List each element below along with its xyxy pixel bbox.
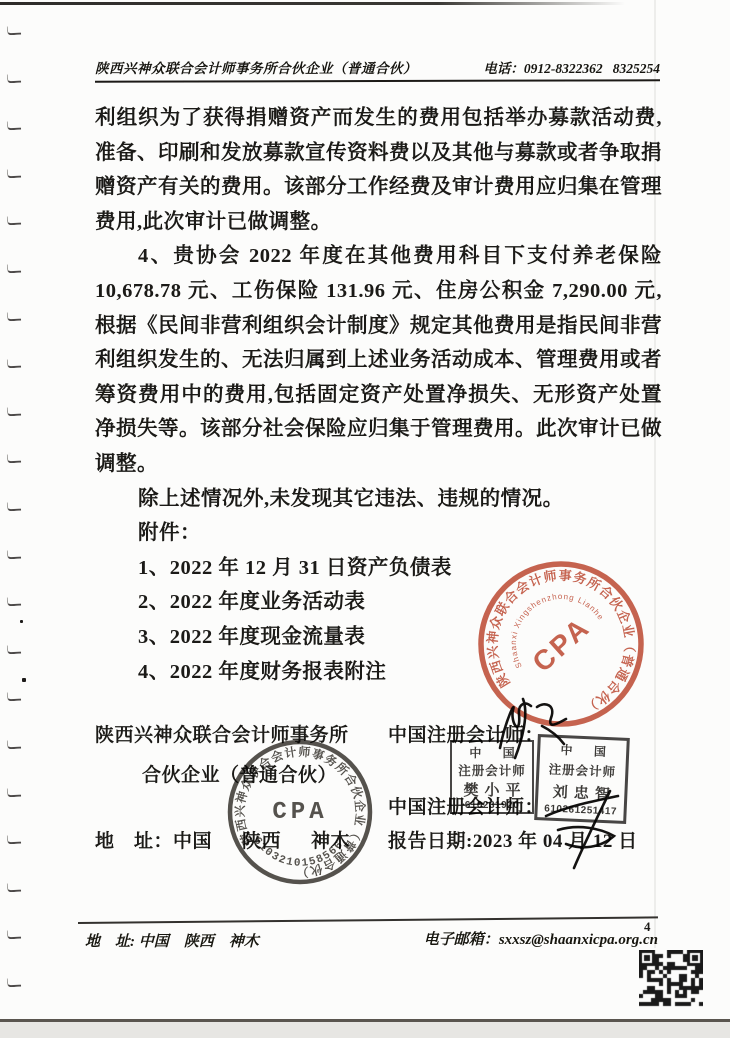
binding-hole-mark xyxy=(7,930,21,940)
binding-hole-mark xyxy=(7,502,21,512)
stamp1-name: 樊小平 xyxy=(453,779,531,800)
phone-number-1: 0912-8322362 xyxy=(524,61,603,76)
header-phone: 电话：0912-8322362 8325254 xyxy=(483,57,660,77)
phone-label: 电话： xyxy=(483,61,524,76)
binding-hole-mark xyxy=(7,264,21,274)
header-firm-name: 陕西兴神众联合会计师事务所合伙企业（普通合伙） xyxy=(95,57,417,77)
scanner-background xyxy=(0,1022,730,1038)
document-page: 陕西兴神众联合会计师事务所合伙企业（普通合伙） 电话：0912-8322362 … xyxy=(0,0,730,1021)
page-number: 4 xyxy=(644,919,651,935)
binding-hole-mark xyxy=(7,121,21,131)
binding-hole-mark xyxy=(7,549,21,559)
binding-hole-mark xyxy=(7,644,21,654)
ink-dot xyxy=(22,678,26,682)
report-date-label: 报告日期: xyxy=(388,831,473,852)
binding-hole-mark xyxy=(7,882,21,892)
binding-hole-mark xyxy=(7,311,21,321)
binding-hole-mark xyxy=(7,216,21,226)
handwritten-signature-1 xyxy=(492,696,574,762)
binding-hole-mark xyxy=(7,787,21,797)
stamp1-title: 注册会计师 xyxy=(453,761,531,779)
black-seal-center-cpa: CPA xyxy=(272,799,327,826)
sig-address-label: 地 址： xyxy=(95,831,173,852)
binding-hole-mark xyxy=(7,73,21,83)
footer-email-value: sxxsz@shaanxicpa.org.cn xyxy=(499,932,658,948)
red-seal-center-cpa: CPA xyxy=(526,611,596,678)
ink-dot xyxy=(20,620,23,623)
footer-email-label: 电子邮箱： xyxy=(424,932,499,948)
binding-hole-mark xyxy=(7,835,21,845)
stamp2-title: 注册会计师 xyxy=(540,760,625,782)
footer-rule xyxy=(78,916,658,923)
binding-hole-mark xyxy=(7,454,21,464)
qr-code xyxy=(639,950,703,1008)
footer-email: 电子邮箱：sxxsz@shaanxicpa.org.cn xyxy=(424,928,658,949)
paragraph-1: 利组织为了获得捐赠资产而发生的费用包括举办募款活动费,准备、印刷和发放募款宣传资… xyxy=(95,101,662,239)
binding-hole-mark xyxy=(7,692,21,702)
binding-hole-mark xyxy=(7,26,21,36)
stamp1-number: 610231920 xyxy=(453,800,531,811)
binding-hole-mark xyxy=(7,740,21,750)
phone-gap xyxy=(603,61,613,76)
page-header: 陕西兴神众联合会计师事务所合伙企业（普通合伙） 电话：0912-8322362 … xyxy=(95,57,660,77)
phone-number-2: 8325254 xyxy=(613,61,660,76)
binding-hole-mark xyxy=(7,168,21,178)
binding-hole-mark xyxy=(7,359,21,369)
binding-hole-mark xyxy=(7,597,21,607)
paragraph-3: 除上述情况外,未发现其它违法、违规的情况。 xyxy=(95,482,662,517)
black-firm-seal: 陕西兴神众联合会计师事务所合伙企业（普通合伙） CPA 610321015856… xyxy=(224,736,376,888)
scan-top-edge xyxy=(0,2,625,5)
footer-address: 地 址: 中国 陕西 神木 xyxy=(85,930,259,951)
binding-hole-mark xyxy=(7,978,21,988)
paragraph-2: 4、贵协会 2022 年度在其他费用科目下支付养老保险 10,678.78 元、… xyxy=(95,239,662,481)
attachments-label: 附件： xyxy=(95,516,662,551)
binding-hole-mark xyxy=(7,406,21,416)
handwritten-signature-2 xyxy=(538,786,634,872)
header-rule xyxy=(95,79,660,82)
